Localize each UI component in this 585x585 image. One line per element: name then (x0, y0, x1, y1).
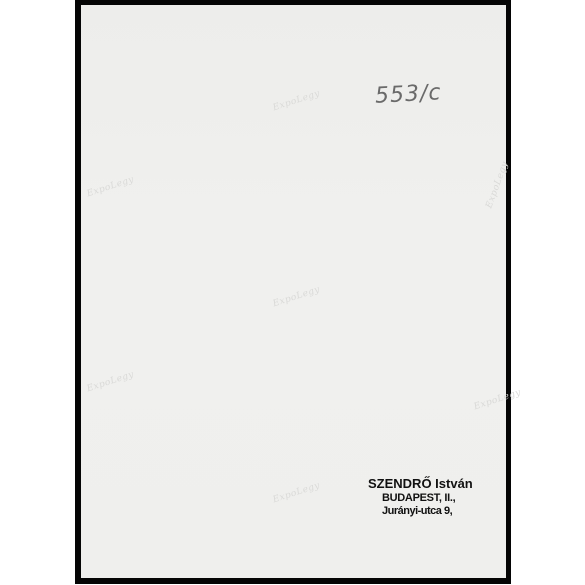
stamp-name: SZENDRŐ István (368, 476, 473, 492)
stamp-street: Jurányi-utca 9, (382, 505, 473, 518)
photographer-stamp: SZENDRŐ István BUDAPEST, II., Jurányi-ut… (368, 476, 473, 518)
stamp-city: BUDAPEST, II., (382, 492, 473, 505)
handwritten-number: 553/c (374, 80, 442, 108)
